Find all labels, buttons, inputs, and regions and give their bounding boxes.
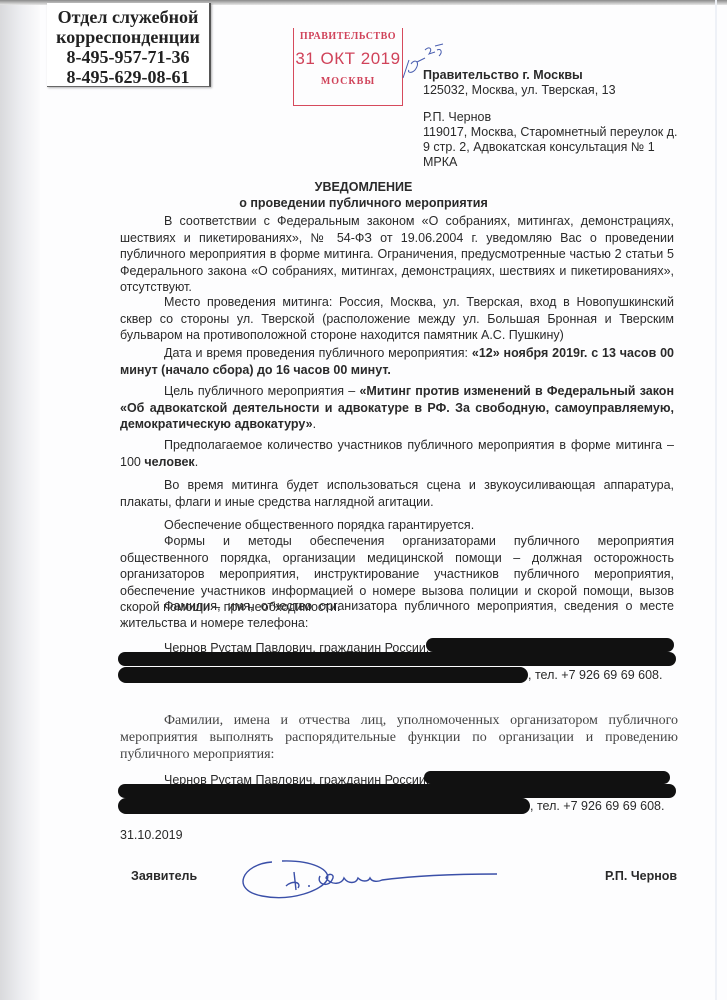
label-line: 8-495-629-08-61 [47,67,209,87]
document-title: УВЕДОМЛЕНИЕ [0,180,727,194]
scan-shadow [0,0,40,1000]
redaction-bar [424,771,670,784]
addressee-name: Правительство г. Москвы [423,68,616,83]
document-date: 31.10.2019 [120,828,183,842]
organizer-phone: , тел. +7 926 69 69 608. [528,668,662,682]
label-line: корреспонденции [47,27,209,47]
authorized-phone: , тел. +7 926 69 69 608. [530,799,664,813]
equipment-paragraph: Во время митинга будет использоваться сц… [120,477,674,510]
count-unit: человек [144,455,194,469]
count-suffix: . [195,455,198,469]
place-paragraph: Место проведения митинга: Россия, Москва… [120,294,674,344]
sender-block: Р.П. Чернов 119017, Москва, Старомнетный… [423,110,683,170]
redaction-bar [118,652,676,666]
redaction-bar [118,784,676,798]
sender-address-line: 9 стр. 2, Адвокатская консультация № 1 [423,140,683,155]
stamp-city: МОСКВЫ [294,76,402,87]
redaction-bar [118,798,530,814]
stamp-date: 31 ОКТ 2019 [294,49,402,69]
redaction-bar [118,667,528,683]
sender-address-line: МРКА [423,155,683,170]
redaction-bar [426,638,674,652]
order-paragraph: Обеспечение общественного порядка гарант… [120,517,674,534]
signature-icon [232,850,502,905]
goal-paragraph: Цель публичного мероприятия – «Митинг пр… [120,383,674,433]
count-label: Предполагаемое количество участников пуб… [120,438,674,469]
signer-label: Заявитель [131,869,197,883]
datetime-label: Дата и время проведения публичного мероп… [164,346,472,360]
organizer-header: Фамилия, имя, отчество организатора публ… [120,598,674,631]
count-paragraph: Предполагаемое количество участников пуб… [120,437,674,470]
datetime-paragraph: Дата и время проведения публичного мероп… [120,345,674,378]
sender-name: Р.П. Чернов [423,110,683,125]
label-line: Отдел служебной [47,7,209,27]
goal-suffix: . [313,417,316,431]
intro-paragraph: В соответствии с Федеральным законом «О … [120,213,674,296]
signer-name: Р.П. Чернов [605,869,677,883]
correspondence-label: Отдел служебной корреспонденции 8-495-95… [47,3,211,87]
addressee-address: 125032, Москва, ул. Тверская, 13 [423,83,616,98]
stamp-org: ПРАВИТЕЛЬСТВО [294,31,402,42]
document-subtitle: о проведении публичного мероприятия [0,196,727,210]
label-line: 8-495-957-71-36 [47,47,209,67]
scan-right-edge [715,0,717,1000]
receipt-stamp: ПРАВИТЕЛЬСТВО 31 ОКТ 2019 МОСКВЫ [293,28,403,106]
sender-address-line: 119017, Москва, Старомнетный переулок д. [423,125,683,140]
goal-label: Цель публичного мероприятия – [164,384,359,398]
addressee-block: Правительство г. Москвы 125032, Москва, … [423,68,616,98]
authorized-header: Фамилии, имена и отчества лиц, уполномоч… [120,712,678,763]
